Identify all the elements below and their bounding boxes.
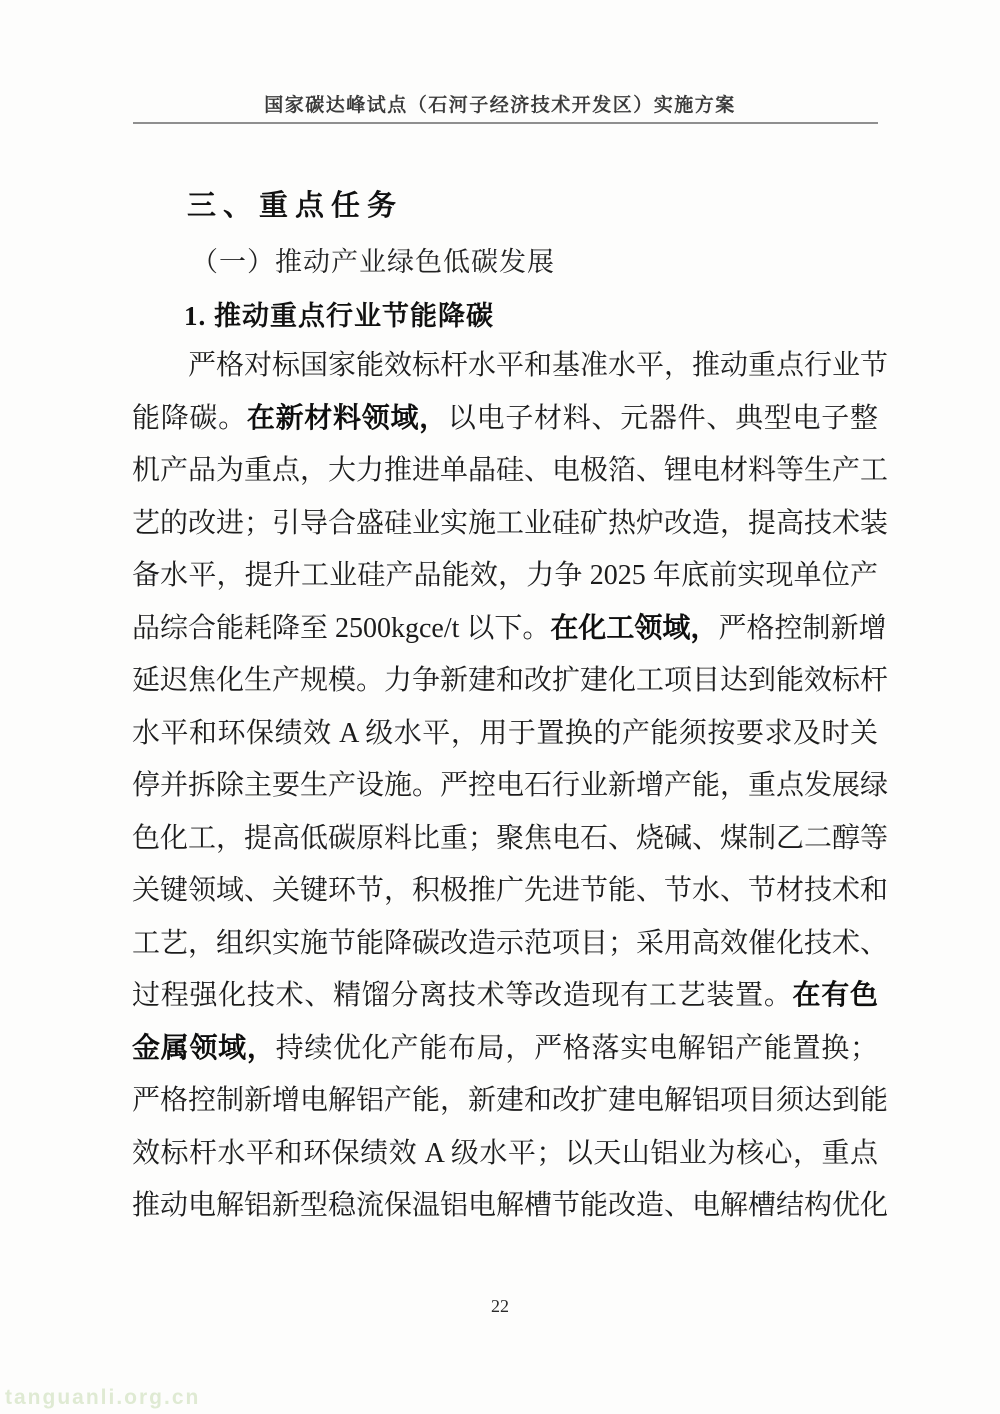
body-text: 严格对标国家能效标杆水平和基准水平，推动重点行业节能降碳。在新材料领域，以电子材…	[132, 340, 878, 1233]
body-text-line: 关键领域、关键环节，积极推广先进节能、节水、节材技术和	[132, 865, 878, 918]
body-text-line: 效标杆水平和环保绩效 A 级水平；以天山铝业为核心，重点	[132, 1128, 878, 1181]
subsection-heading: （一）推动产业绿色低碳发展	[191, 240, 555, 279]
body-text-segment: 能降碳。	[132, 403, 247, 434]
bold-emphasis-text: 在有色	[793, 980, 878, 1011]
body-text-segment: 以电子材料、元器件、典型电子整	[448, 403, 878, 434]
body-text-line: 工艺，组织实施节能降碳改造示范项目；采用高效催化技术、	[132, 918, 878, 971]
header-rule	[133, 122, 878, 124]
body-text-segment: 推动电解铝新型稳流保温铝电解槽节能改造、电解槽结构优化	[132, 1190, 888, 1221]
body-text-line: 停并拆除主要生产设施。严控电石行业新增产能，重点发展绿	[132, 760, 878, 813]
body-text-line: 推动电解铝新型稳流保温铝电解槽节能改造、电解槽结构优化	[132, 1180, 878, 1233]
body-text-segment: 过程强化技术、精馏分离技术等改造现有工艺装置。	[132, 980, 793, 1011]
bold-emphasis-text: 在化工领域，	[550, 613, 718, 644]
body-text-segment: 备水平，提升工业硅产品能效，力争 2025 年底前实现单位产	[132, 560, 878, 591]
section-heading: 三、重点任务	[187, 183, 403, 224]
body-text-line: 能降碳。在新材料领域，以电子材料、元器件、典型电子整	[132, 393, 878, 446]
body-text-line: 过程强化技术、精馏分离技术等改造现有工艺装置。在有色	[132, 970, 878, 1023]
body-text-segment: 延迟焦化生产规模。力争新建和改扩建化工项目达到能效标杆	[132, 665, 888, 696]
body-text-line: 严格对标国家能效标杆水平和基准水平，推动重点行业节	[132, 340, 878, 393]
body-text-segment: 停并拆除主要生产设施。严控电石行业新增产能，重点发展绿	[132, 770, 888, 801]
body-text-line: 备水平，提升工业硅产品能效，力争 2025 年底前实现单位产	[132, 550, 878, 603]
body-text-segment: 严格对标国家能效标杆水平和基准水平，推动重点行业节	[188, 350, 888, 381]
bold-emphasis-text: 金属领域，	[132, 1033, 276, 1064]
body-text-line: 延迟焦化生产规模。力争新建和改扩建化工项目达到能效标杆	[132, 655, 878, 708]
body-text-segment: 持续优化产能布局，严格落实电解铝产能置换；	[276, 1033, 878, 1064]
body-text-segment: 机产品为重点，大力推进单晶硅、电极箔、锂电材料等生产工	[132, 455, 888, 486]
body-text-line: 艺的改进；引导合盛硅业实施工业硅矿热炉改造，提高技术装	[132, 498, 878, 551]
body-text-line: 严格控制新增电解铝产能，新建和改扩建电解铝项目须达到能	[132, 1075, 878, 1128]
body-text-segment: 严格控制新增电解铝产能，新建和改扩建电解铝项目须达到能	[132, 1085, 888, 1116]
bold-emphasis-text: 在新材料领域，	[247, 403, 448, 434]
body-text-segment: 水平和环保绩效 A 级水平，用于置换的产能须按要求及时关	[132, 718, 878, 749]
body-text-segment: 工艺，组织实施节能降碳改造示范项目；采用高效催化技术、	[132, 928, 888, 959]
body-text-line: 品综合能耗降至 2500kgce/t 以下。在化工领域，严格控制新增	[132, 603, 878, 656]
body-text-segment: 色化工，提高低碳原料比重；聚焦电石、烧碱、煤制乙二醇等	[132, 823, 888, 854]
watermark: tanguanli.org.cn	[5, 1386, 200, 1410]
body-text-line: 机产品为重点，大力推进单晶硅、电极箔、锂电材料等生产工	[132, 445, 878, 498]
page-number: 22	[0, 1296, 1000, 1317]
body-text-line: 水平和环保绩效 A 级水平，用于置换的产能须按要求及时关	[132, 708, 878, 761]
header-title: 国家碳达峰试点（石河子经济技术开发区）实施方案	[0, 90, 1000, 117]
body-text-segment: 品综合能耗降至 2500kgce/t 以下。	[132, 613, 550, 644]
body-text-segment: 严格控制新增	[718, 613, 886, 644]
body-text-segment: 关键领域、关键环节，积极推广先进节能、节水、节材技术和	[132, 875, 888, 906]
body-text-segment: 艺的改进；引导合盛硅业实施工业硅矿热炉改造，提高技术装	[132, 508, 888, 539]
body-text-segment: 效标杆水平和环保绩效 A 级水平；以天山铝业为核心，重点	[132, 1138, 878, 1169]
item-heading: 1. 推动重点行业节能降碳	[184, 294, 494, 333]
body-text-line: 色化工，提高低碳原料比重；聚焦电石、烧碱、煤制乙二醇等	[132, 813, 878, 866]
body-text-line: 金属领域，持续优化产能布局，严格落实电解铝产能置换；	[132, 1023, 878, 1076]
document-page: 国家碳达峰试点（石河子经济技术开发区）实施方案 三、重点任务 （一）推动产业绿色…	[0, 0, 1000, 1414]
